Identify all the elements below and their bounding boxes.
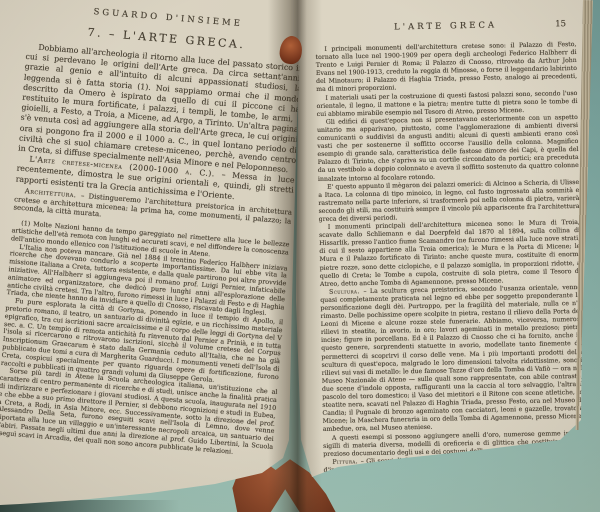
paragraph: E' questo appunto il mègaron dei palazzi… <box>318 179 580 224</box>
paragraph-text: E' questo appunto il mègaron dei palazzi… <box>318 179 579 223</box>
open-book-photo: SGUARDO D'INSIEME 7. – L'ARTE GRECA. Dob… <box>0 0 600 512</box>
paragraph-text: I principali monumenti dell'architettura… <box>316 41 578 93</box>
paragraph: I monumenti principali dell'architettura… <box>319 219 581 289</box>
paragraph-text: Gli edifici di quest'epoca non si presen… <box>317 114 579 183</box>
paragraph-text: I materiali usati per la costruzione di … <box>317 90 578 118</box>
paragraph: Dobbiamo all'archeologia il ritorno alla… <box>18 42 304 176</box>
paragraph: I principali monumenti dell'architettura… <box>315 41 577 95</box>
right-running-head: L'ARTE GRECA <box>315 19 576 34</box>
paragraph-text: Dobbiamo all'archeologia il ritorno alla… <box>18 43 304 174</box>
paragraph: Gli edifici di quest'epoca non si presen… <box>317 114 579 184</box>
paragraph-text: A questi esempi si possono aggiungere an… <box>323 429 584 457</box>
paragraph: Scultura. – La scultura greca preistoric… <box>320 284 584 435</box>
paragraph-text: – Gli scavi di Cnosso hanno rivelato una… <box>324 454 585 498</box>
left-page-text: SGUARDO D'INSIEME 7. – L'ARTE GRECA. Dob… <box>0 2 307 459</box>
paragraph-text: – La scultura greca preistorica, secondo… <box>320 284 583 434</box>
paragraph-lead: Scultura. <box>329 288 363 296</box>
page-number: 15 <box>555 19 566 29</box>
right-page-text: L'ARTE GRECA 15 I principali monumenti d… <box>315 19 585 499</box>
footnote-block: (1) Molte Nazioni hanno da tempo gareggi… <box>0 220 290 460</box>
right-page-header: L'ARTE GRECA 15 <box>315 19 576 34</box>
paragraph: A questi esempi si possono aggiungere an… <box>323 429 584 458</box>
paragraph-text: I monumenti principali dell'architettura… <box>319 219 581 288</box>
paragraph-lead: Pittura. <box>332 458 360 466</box>
paragraph: Pittura. – Gli scavi di Cnosso hanno riv… <box>323 454 585 499</box>
